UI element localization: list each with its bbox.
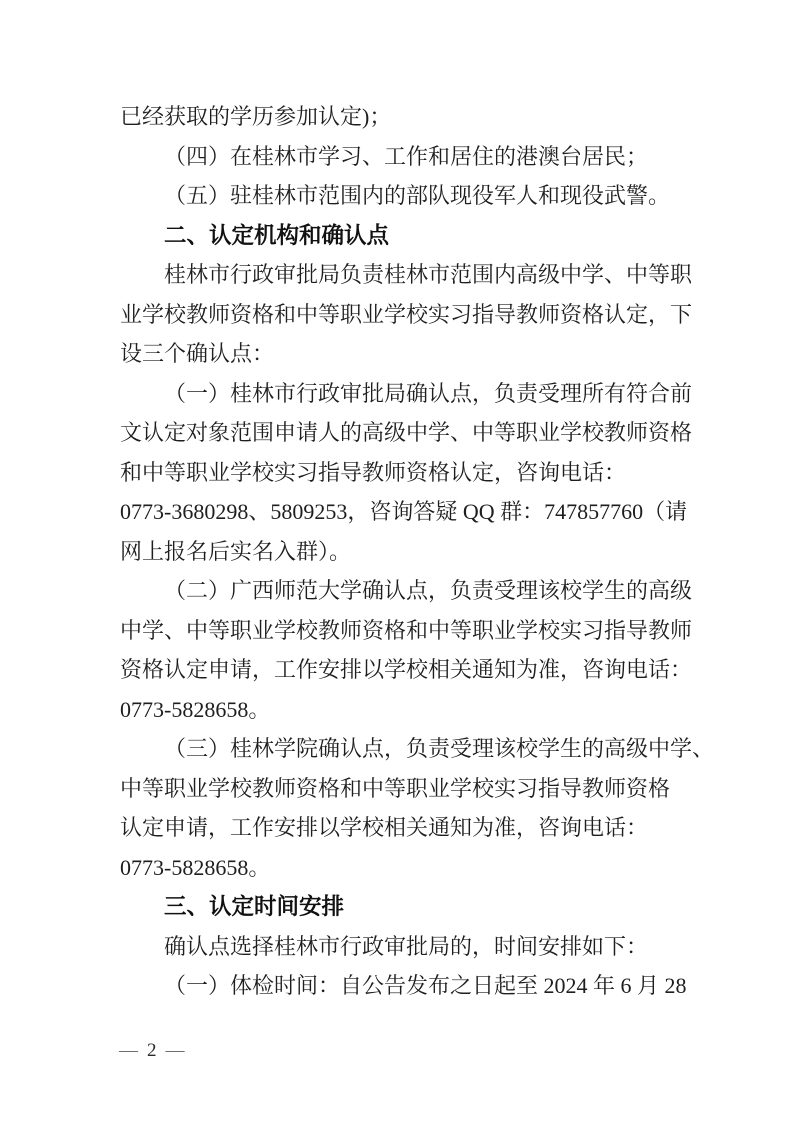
text-line: （三）桂林学院确认点，负责受理该校学生的高级中学、: [120, 729, 698, 769]
section-heading: 三、认定时间安排: [120, 887, 698, 927]
text-line: 和中等职业学校实习指导教师资格认定，咨询电话：: [120, 453, 698, 493]
footer-dash-right: —: [166, 1040, 185, 1061]
text-line: （四）在桂林市学习、工作和居住的港澳台居民；: [120, 137, 698, 177]
page-footer: —2—: [119, 1040, 185, 1062]
text-line: 已经获取的学历参加认定)；: [120, 97, 698, 137]
text-line: 0773-3680298、5809253，咨询答疑 QQ 群：747857760…: [120, 492, 698, 532]
paragraph: （四）在桂林市学习、工作和居住的港澳台居民；: [120, 137, 698, 177]
text-line: 设三个确认点：: [120, 334, 698, 374]
paragraph: （二）广西师范大学确认点，负责受理该校学生的高级中学、中等职业学校教师资格和中等…: [120, 571, 698, 729]
page-number: 2: [147, 1040, 157, 1061]
text-line: 中学、中等职业学校教师资格和中等职业学校实习指导教师: [120, 611, 698, 651]
paragraph: （一）体检时间：自公告发布之日起至 2024 年 6 月 28: [120, 966, 698, 1006]
text-line: 确认点选择桂林市行政审批局的，时间安排如下：: [120, 927, 698, 967]
text-line: 三、认定时间安排: [120, 887, 698, 927]
text-line: 资格认定申请，工作安排以学校相关通知为准，咨询电话：: [120, 650, 698, 690]
text-line: （二）广西师范大学确认点，负责受理该校学生的高级: [120, 571, 698, 611]
text-line: 网上报名后实名入群）。: [120, 532, 698, 572]
text-line: 0773-5828658。: [120, 690, 698, 730]
paragraph: 已经获取的学历参加认定)；: [120, 97, 698, 137]
paragraph: （一）桂林市行政审批局确认点，负责受理所有符合前文认定对象范围申请人的高级中学、…: [120, 374, 698, 572]
text-line: （五）驻桂林市范围内的部队现役军人和现役武警。: [120, 176, 698, 216]
text-line: 中等职业学校教师资格和中等职业学校实习指导教师资格: [120, 769, 698, 809]
paragraph: （五）驻桂林市范围内的部队现役军人和现役武警。: [120, 176, 698, 216]
text-line: 业学校教师资格和中等职业学校实习指导教师资格认定，下: [120, 295, 698, 335]
paragraph: 确认点选择桂林市行政审批局的，时间安排如下：: [120, 927, 698, 967]
paragraph: （三）桂林学院确认点，负责受理该校学生的高级中学、中等职业学校教师资格和中等职业…: [120, 729, 698, 887]
text-line: 二、认定机构和确认点: [120, 216, 698, 256]
text-line: 桂林市行政审批局负责桂林市范围内高级中学、中等职: [120, 255, 698, 295]
document-page: 已经获取的学历参加认定)；（四）在桂林市学习、工作和居住的港澳台居民；（五）驻桂…: [0, 0, 800, 1131]
section-heading: 二、认定机构和确认点: [120, 216, 698, 256]
text-line: （一）体检时间：自公告发布之日起至 2024 年 6 月 28: [120, 966, 698, 1006]
text-line: 0773-5828658。: [120, 848, 698, 888]
text-line: （一）桂林市行政审批局确认点，负责受理所有符合前: [120, 374, 698, 414]
text-line: 文认定对象范围申请人的高级中学、中等职业学校教师资格: [120, 413, 698, 453]
text-line: 认定申请，工作安排以学校相关通知为准，咨询电话：: [120, 808, 698, 848]
document-content: 已经获取的学历参加认定)；（四）在桂林市学习、工作和居住的港澳台居民；（五）驻桂…: [120, 97, 698, 1006]
paragraph: 桂林市行政审批局负责桂林市范围内高级中学、中等职业学校教师资格和中等职业学校实习…: [120, 255, 698, 374]
footer-dash-left: —: [119, 1040, 138, 1061]
